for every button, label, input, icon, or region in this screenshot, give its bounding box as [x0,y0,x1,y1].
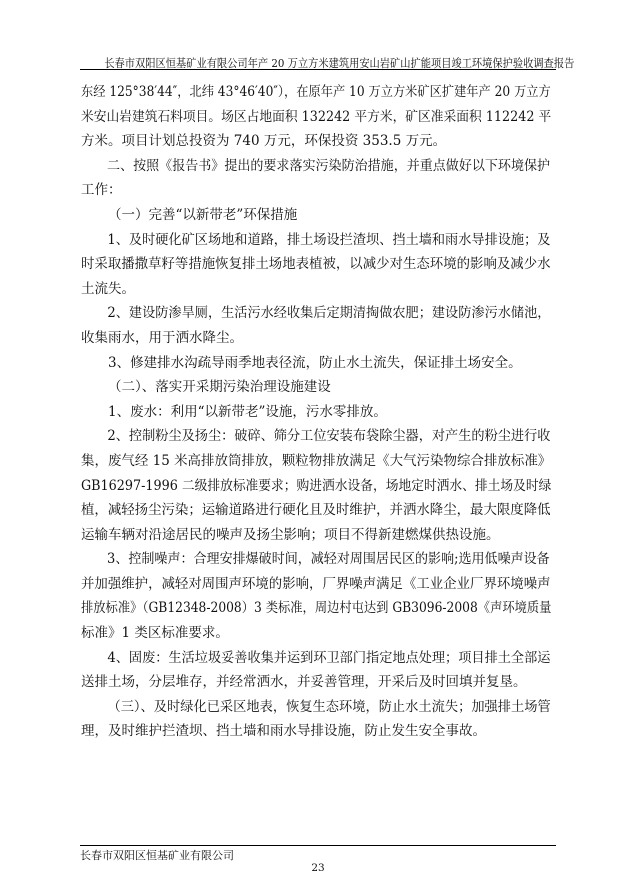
text-line: （三）、及时绿化已采区地表，恢复生态环境，防止水土流失；加强排土场管 [81,695,542,720]
text-line: GB16297-1996 二级排放标准要求；购进洒水设备，场地定时洒水、排土场及… [81,474,525,499]
text-line: 米安山岩建筑石料项目。场区占地面积 132242 平方米，矿区准采面积 1122… [81,105,525,130]
text-line: 2、控制粉尘及扬尘：破碎、筛分工位安装布袋除尘器，对产生的粉尘进行收 [81,424,540,449]
text-line: 二、按照《报告书》提出的要求落实污染防治措施，并重点做好以下环境保护 [81,154,535,179]
text-line: 送排土场，分层堆存，并经常洒水，并妥善管理，开采后及时回填并复垦。 [81,670,551,695]
text-line: 标准》1 类区标准要求。 [81,621,551,646]
text-line: 收集雨水，用于洒水降尘。 [81,326,551,351]
text-line: 1、及时硬化矿区场地和道路，排土场设拦渣坝、挡土墙和雨水导排设施；及 [81,228,540,253]
text-line: 方米。项目计划总投资为 740 万元，环保投资 353.5 万元。 [81,129,551,154]
page-header: 长春市双阳区恒基矿业有限公司年产 20 万立方米建筑用安山岩矿山扩能项目竣工环境… [80,52,556,70]
text-line: 运输车辆对沿途居民的噪声及扬尘影响；项目不得新建燃煤供热设施。 [81,523,551,548]
footer-company: 长春市双阳区恒基矿业有限公司 [80,847,234,863]
text-line: 植，减轻扬尘污染；运输道路进行硬化且及时维护，并洒水降尘，最大限度降低 [81,498,548,523]
header-title: 长春市双阳区恒基矿业有限公司年产 20 万立方米建筑用安山岩矿山扩能项目竣工环境… [104,56,574,71]
text-line: （一）完善“以新带老”环保措施 [81,203,551,228]
text-line: 理，及时维护拦渣坝、挡土墙和雨水导排设施，防止发生安全事故。 [81,719,551,744]
text-line: 东经 125°38′44″，北纬 43°46′40″），在原年产 10 万立方米… [81,80,507,105]
document-body: 东经 125°38′44″，北纬 43°46′40″），在原年产 10 万立方米… [81,80,551,744]
text-line: 时采取播撒草籽等措施恢复排土场地表植被，以减少对生态环境的影响及减少水 [81,252,548,277]
text-line: （二）、落实开采期污染治理设施建设 [81,375,551,400]
text-line: 排放标准》（GB12348-2008）3 类标准，周边村屯达到 GB3096-2… [81,596,508,621]
text-line: 4、固废：生活垃圾妥善收集并运到环卫部门指定地点处理；项目排土全部运 [81,646,540,671]
text-line: 1、废水：利用“以新带老”设施，污水零排放。 [81,400,551,425]
text-line: 3、控制噪声：合理安排爆破时间，减轻对周围居民区的影响;选用低噪声设备 [81,547,535,572]
text-line: 3、修建排水沟疏导雨季地表径流，防止水土流失，保证排土场安全。 [81,351,551,376]
page-footer: 长春市双阳区恒基矿业有限公司 23 [80,845,556,846]
text-line: 工作： [81,178,551,203]
text-line: 2、建设防渗旱厕，生活污水经收集后定期清掏做农肥；建设防渗污水储池， [81,301,540,326]
text-line: 集，废气经 15 米高排放筒排放，颗粒物排放满足《大气污染物综合排放标准》 [81,449,550,474]
text-line: 并加强维护，减轻对周围声环境的影响，厂界噪声满足《工业企业厂界环境噪声 [81,572,548,597]
page-number: 23 [80,862,556,874]
text-line: 土流失。 [81,277,551,302]
